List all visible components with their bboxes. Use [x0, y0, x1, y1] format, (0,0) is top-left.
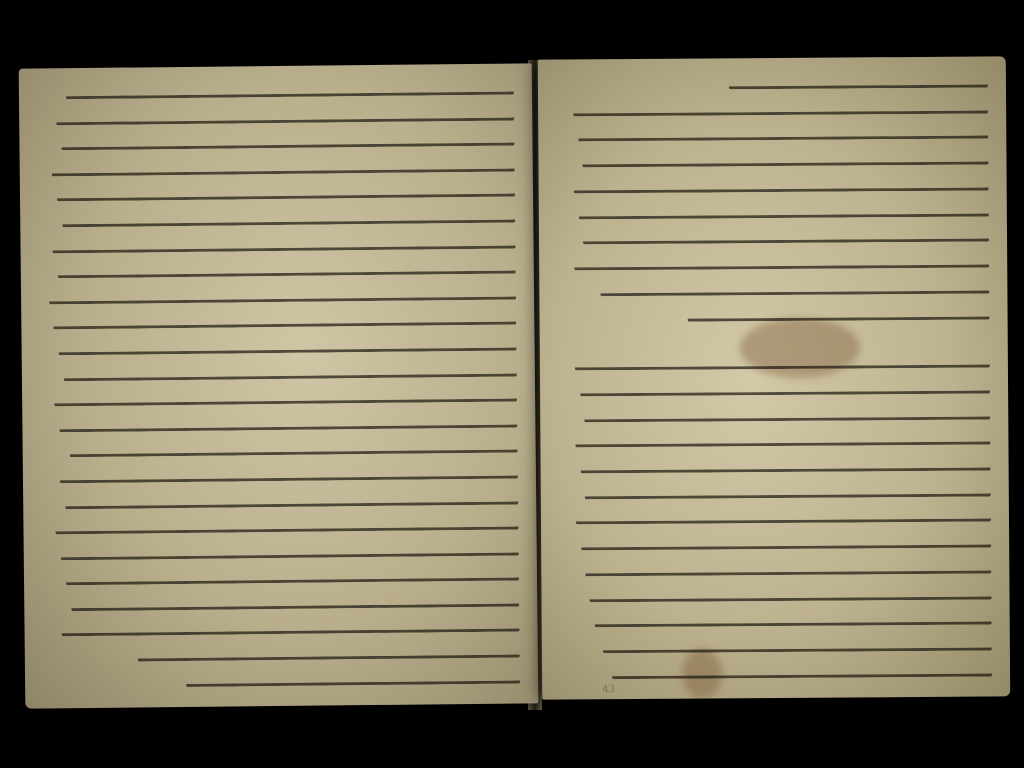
folio-number: 43: [602, 684, 615, 695]
right-script-lines: [556, 70, 992, 679]
left-script-lines: [37, 78, 520, 689]
left-manuscript-page: [19, 63, 539, 708]
right-manuscript-page: 43: [538, 56, 1010, 699]
